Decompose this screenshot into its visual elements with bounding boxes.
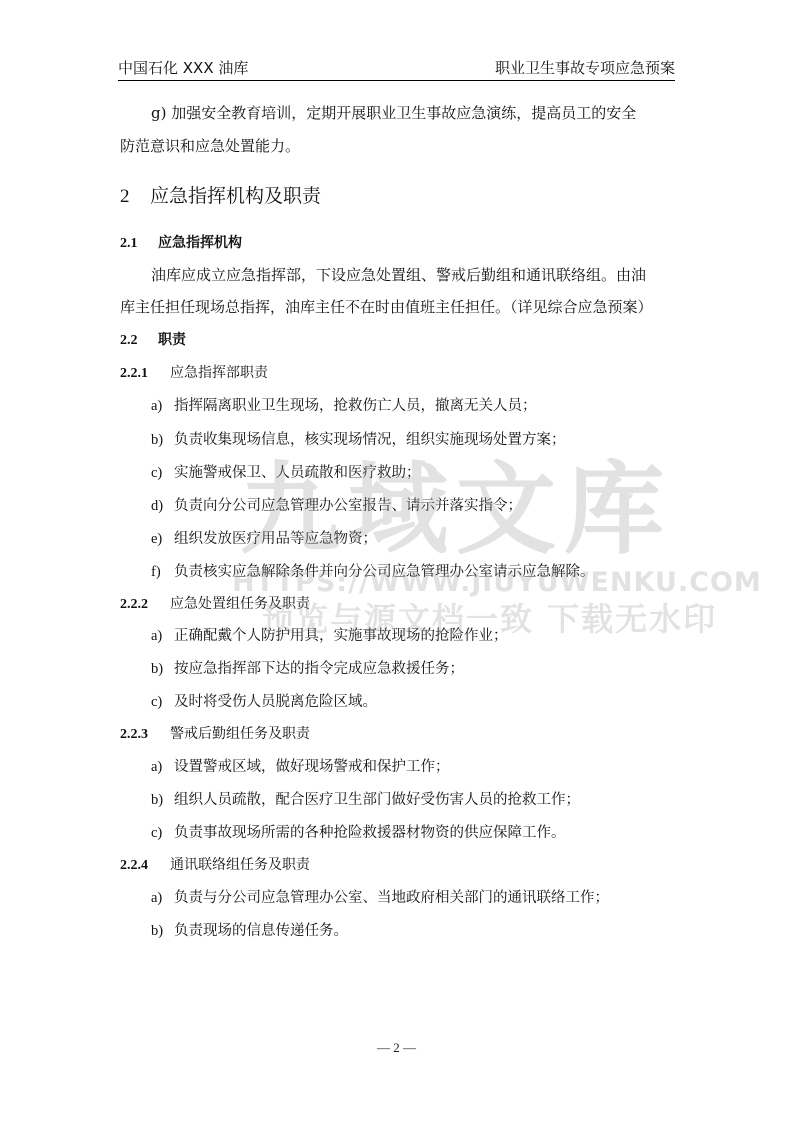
- list-item: c)实施警戒保卫、人员疏散和医疗救助；: [151, 463, 421, 483]
- section-2-2-heading: 2.2职责: [120, 330, 186, 351]
- section-2-1-heading: 2.1应急指挥机构: [120, 233, 242, 254]
- section-number: 2.2.4: [120, 856, 170, 876]
- section-title: 应急指挥部职责: [170, 365, 268, 381]
- list-item: a)正确配戴个人防护用具，实施事故现场的抢险作业；: [151, 626, 508, 646]
- section-2-2-2-heading: 2.2.2应急处置组任务及职责: [120, 594, 310, 615]
- item-marker: c): [151, 692, 174, 712]
- list-item: c)负责事故现场所需的各种抢险救援器材物资的供应保障工作。: [151, 823, 566, 843]
- item-text: 负责向分公司应急管理办公室报告、请示并落实指令；: [174, 498, 522, 514]
- section-2-2-4-heading: 2.2.4通讯联络组任务及职责: [120, 855, 310, 876]
- section-2-2-3-heading: 2.2.3警戒后勤组任务及职责: [120, 724, 310, 745]
- item-text: 负责与分公司应急管理办公室、当地政府相关部门的通讯联络工作；: [174, 890, 609, 906]
- section-number: 2.2.3: [120, 725, 170, 745]
- section-title: 应急指挥机构及职责: [150, 185, 321, 207]
- section-2-heading: 2应急指挥机构及职责: [120, 184, 321, 209]
- item-text: 指挥隔离职业卫生现场，抢救伤亡人员，撤离无关人员；: [174, 398, 537, 414]
- section-2-2-1-heading: 2.2.1应急指挥部职责: [120, 363, 268, 384]
- item-marker: a): [151, 888, 174, 908]
- section-2-1-para-line-1: 油库应成立应急指挥部，下设应急处置组、警戒后勤组和通讯联络组。由油: [151, 265, 646, 285]
- item-marker: a): [151, 757, 174, 777]
- item-marker: b): [151, 921, 174, 941]
- item-text: 负责事故现场所需的各种抢险救援器材物资的供应保障工作。: [174, 825, 566, 841]
- item-text: 实施警戒保卫、人员疏散和医疗救助；: [174, 465, 421, 481]
- item-marker: a): [151, 396, 174, 416]
- item-marker: b): [151, 659, 174, 679]
- list-item: a)指挥隔离职业卫生现场，抢救伤亡人员，撤离无关人员；: [151, 396, 537, 416]
- list-item: c)及时将受伤人员脱离危险区域。: [151, 692, 377, 712]
- item-marker: c): [151, 463, 174, 483]
- item-text: 负责收集现场信息，核实现场情况，组织实施现场处置方案；: [174, 432, 566, 448]
- item-marker: c): [151, 823, 174, 843]
- section-title: 应急指挥机构: [158, 235, 242, 251]
- list-item: b)负责现场的信息传递任务。: [151, 921, 348, 941]
- section-number: 2.1: [120, 234, 158, 254]
- item-text: 组织发放医疗用品等应急物资；: [174, 531, 377, 547]
- section-number: 2.2: [120, 331, 158, 351]
- header-doc-title: 职业卫生事故专项应急预案: [495, 58, 675, 78]
- list-item: e)组织发放医疗用品等应急物资；: [151, 529, 377, 549]
- section-number: 2.2.1: [120, 364, 170, 384]
- intro-line-1: g) 加强安全教育培训，定期开展职业卫生事故应急演练，提高员工的安全: [151, 103, 636, 123]
- list-item: b)组织人员疏散，配合医疗卫生部门做好受伤害人员的抢救工作；: [151, 790, 580, 810]
- header-company: 中国石化 XXX 油库: [118, 58, 248, 78]
- section-2-1-para-line-2: 库主任担任现场总指挥，油库主任不在时由值班主任担任。（详见综合应急预案）: [120, 297, 653, 317]
- item-marker: d): [151, 496, 174, 516]
- item-text: 正确配戴个人防护用具，实施事故现场的抢险作业；: [174, 628, 508, 644]
- list-item: f)负责核实应急解除条件并向分公司应急管理办公室请示应急解除。: [151, 562, 595, 582]
- intro-line-2: 防范意识和应急处置能力。: [120, 136, 300, 156]
- list-item: a)负责与分公司应急管理办公室、当地政府相关部门的通讯联络工作；: [151, 888, 609, 908]
- item-marker: e): [151, 529, 174, 549]
- item-text: 按应急指挥部下达的指令完成应急救援任务；: [174, 661, 464, 677]
- list-item: b)负责收集现场信息，核实现场情况，组织实施现场处置方案；: [151, 430, 566, 450]
- section-title: 职责: [158, 332, 186, 348]
- document-page: 中国石化 XXX 油库 职业卫生事故专项应急预案 g) 加强安全教育培训，定期开…: [0, 0, 793, 1122]
- list-item: d)负责向分公司应急管理办公室报告、请示并落实指令；: [151, 496, 522, 516]
- section-title: 警戒后勤组任务及职责: [170, 726, 310, 742]
- item-text: 组织人员疏散，配合医疗卫生部门做好受伤害人员的抢救工作；: [174, 792, 580, 808]
- list-item: a)设置警戒区域，做好现场警戒和保护工作；: [151, 757, 450, 777]
- item-marker: a): [151, 626, 174, 646]
- item-text: 及时将受伤人员脱离危险区域。: [174, 694, 377, 710]
- list-item: b)按应急指挥部下达的指令完成应急救援任务；: [151, 659, 464, 679]
- page-header: 中国石化 XXX 油库 职业卫生事故专项应急预案: [118, 58, 675, 81]
- item-text: 设置警戒区域，做好现场警戒和保护工作；: [174, 759, 450, 775]
- section-number: 2: [120, 185, 150, 209]
- item-text: 负责核实应急解除条件并向分公司应急管理办公室请示应急解除。: [174, 564, 595, 580]
- item-marker: f): [151, 562, 174, 582]
- item-text: 负责现场的信息传递任务。: [174, 923, 348, 939]
- section-number: 2.2.2: [120, 595, 170, 615]
- item-marker: b): [151, 430, 174, 450]
- section-title: 应急处置组任务及职责: [170, 596, 310, 612]
- section-title: 通讯联络组任务及职责: [170, 857, 310, 873]
- item-marker: b): [151, 790, 174, 810]
- page-number: — 2 —: [0, 1040, 793, 1056]
